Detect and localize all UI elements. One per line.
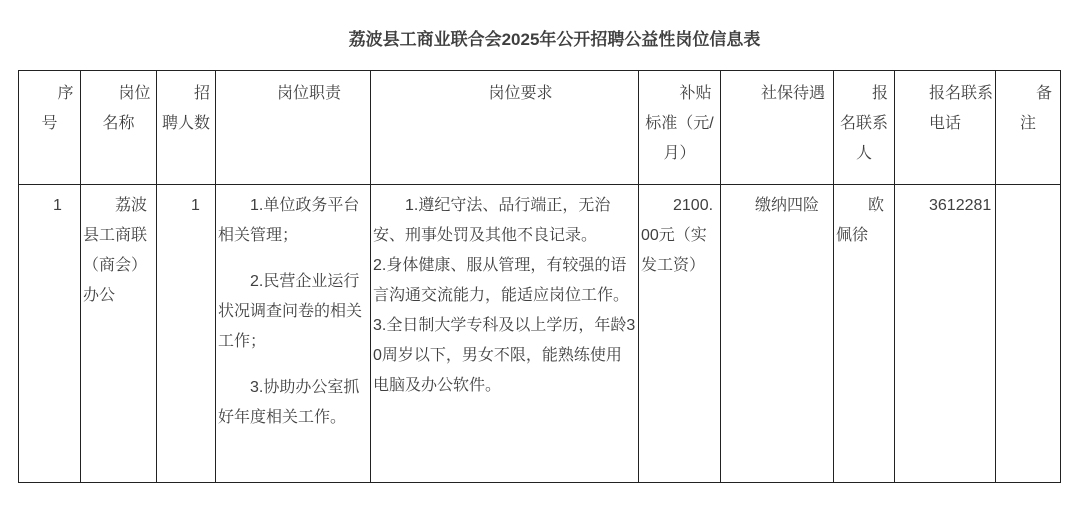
cell-remark xyxy=(996,185,1061,483)
col-header-requirements: 岗位要求 xyxy=(371,71,639,185)
subsidy-value: 2100.00元（实发工资） xyxy=(641,191,718,281)
contact-phone-value: 3612281 xyxy=(897,191,993,221)
cell-subsidy: 2100.00元（实发工资） xyxy=(639,185,721,483)
cell-contact-phone: 3612281 xyxy=(895,185,996,483)
table-header-row: 序号 岗位名称 招聘人数 岗位职责 岗位要求 补贴标准（元/月） 社保待遇 报名… xyxy=(19,71,1061,185)
cell-seq: 1 xyxy=(19,185,81,483)
post-name-value: 荔波县工商联（商会）办公 xyxy=(83,191,154,311)
requirement-item: 2.身体健康、服从管理，有较强的语言沟通交流能力，能适应岗位工作。 xyxy=(373,251,636,311)
headcount-value: 1 xyxy=(159,191,213,221)
col-header-post-name: 岗位名称 xyxy=(81,71,157,185)
seq-value: 1 xyxy=(21,191,78,221)
requirement-item: 1.遵纪守法、品行端正，无治安、刑事处罚及其他不良记录。 xyxy=(373,191,636,251)
duty-item: 1.单位政务平台相关管理； xyxy=(218,191,368,251)
page-title: 荔波县工商业联合会2025年公开招聘公益性岗位信息表 xyxy=(0,25,1075,55)
cell-social-security: 缴纳四险 xyxy=(721,185,834,483)
col-header-contact-person: 报名联系人 xyxy=(834,71,895,185)
col-header-duties: 岗位职责 xyxy=(216,71,371,185)
cell-duties: 1.单位政务平台相关管理； 2.民营企业运行状况调查问卷的相关工作； 3.协助办… xyxy=(216,185,371,483)
col-header-subsidy: 补贴标准（元/月） xyxy=(639,71,721,185)
col-header-seq: 序号 xyxy=(19,71,81,185)
col-header-headcount: 招聘人数 xyxy=(157,71,216,185)
cell-contact-person: 欧佩徐 xyxy=(834,185,895,483)
cell-post-name: 荔波县工商联（商会）办公 xyxy=(81,185,157,483)
duty-item: 2.民营企业运行状况调查问卷的相关工作； xyxy=(218,267,368,357)
contact-person-value: 欧佩徐 xyxy=(836,191,892,251)
table-row: 1 荔波县工商联（商会）办公 1 1.单位政务平台相关管理； 2.民营企业运行状… xyxy=(19,185,1061,483)
col-header-social-security: 社保待遇 xyxy=(721,71,834,185)
recruitment-table: 序号 岗位名称 招聘人数 岗位职责 岗位要求 补贴标准（元/月） 社保待遇 报名… xyxy=(18,70,1061,483)
social-security-value: 缴纳四险 xyxy=(723,191,831,221)
col-header-remark: 备注 xyxy=(996,71,1061,185)
cell-headcount: 1 xyxy=(157,185,216,483)
duty-item: 3.协助办公室抓好年度相关工作。 xyxy=(218,373,368,433)
requirement-item: 3.全日制大学专科及以上学历，年龄30周岁以下，男女不限，能熟练使用电脑及办公软… xyxy=(373,311,636,401)
cell-requirements: 1.遵纪守法、品行端正，无治安、刑事处罚及其他不良记录。 2.身体健康、服从管理… xyxy=(371,185,639,483)
col-header-contact-phone: 报名联系电话 xyxy=(895,71,996,185)
